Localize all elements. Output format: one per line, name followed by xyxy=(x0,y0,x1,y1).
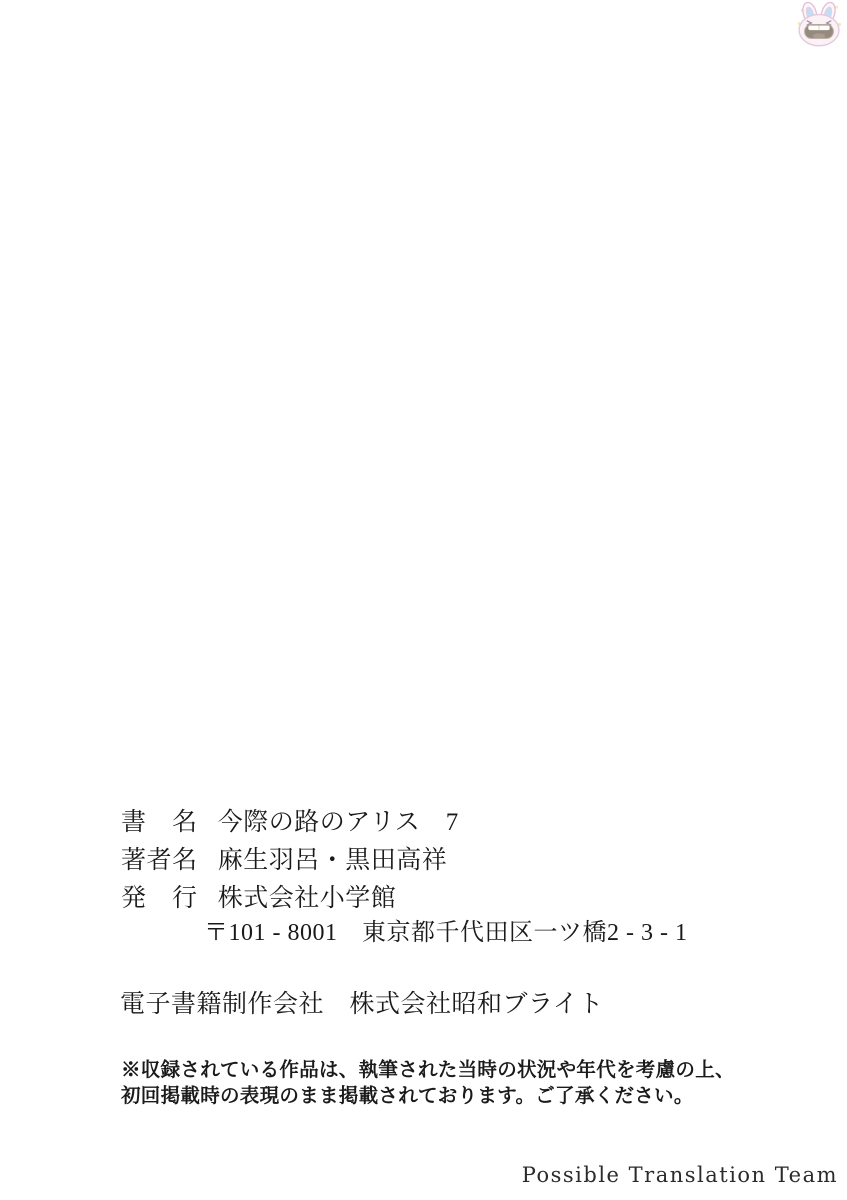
laughing-rabbit-icon xyxy=(795,1,843,47)
book-title-label: 書 名 xyxy=(121,808,209,838)
publisher-row: 発 行 株式会社小学館 xyxy=(121,884,396,914)
book-title-value: 今際の路のアリス 7 xyxy=(218,808,459,838)
translation-team-credit: Possible Translation Team xyxy=(522,1163,838,1187)
publisher-label: 発 行 xyxy=(121,884,209,914)
author-row: 著者名 麻生羽呂・黒田高祥 xyxy=(121,846,447,876)
publisher-address: 〒101 - 8001 東京都千代田区一ツ橋2 - 3 - 1 xyxy=(204,918,687,948)
author-value: 麻生羽呂・黒田高祥 xyxy=(218,846,448,876)
reprint-notice-line2: 初回掲載時の表現のまま掲載されております。ご了承ください。 xyxy=(121,1084,694,1109)
author-label: 著者名 xyxy=(121,846,209,876)
publisher-address-text: 〒101 - 8001 東京都千代田区一ツ橋2 - 3 - 1 xyxy=(204,920,687,946)
publisher-value: 株式会社小学館 xyxy=(218,884,397,914)
reprint-notice-line1: ※収録されている作品は、執筆された当時の状況や年代を考慮の上、 xyxy=(121,1058,735,1083)
book-title-row: 書 名 今際の路のアリス 7 xyxy=(121,808,459,838)
reprint-notice-line1-text: ※収録されている作品は、執筆された当時の状況や年代を考慮の上、 xyxy=(121,1060,735,1081)
ebook-producer-row: 電子書籍制作会社 株式会社昭和ブライト xyxy=(120,990,604,1020)
reprint-notice-line2-text: 初回掲載時の表現のまま掲載されております。ご了承ください。 xyxy=(121,1086,694,1107)
translation-team-credit-text: Possible Translation Team xyxy=(522,1163,838,1187)
ebook-producer-text: 電子書籍制作会社 株式会社昭和ブライト xyxy=(120,991,604,1018)
colophon-page: 書 名 今際の路のアリス 7 著者名 麻生羽呂・黒田高祥 発 行 株式会社小学館… xyxy=(0,0,847,1200)
